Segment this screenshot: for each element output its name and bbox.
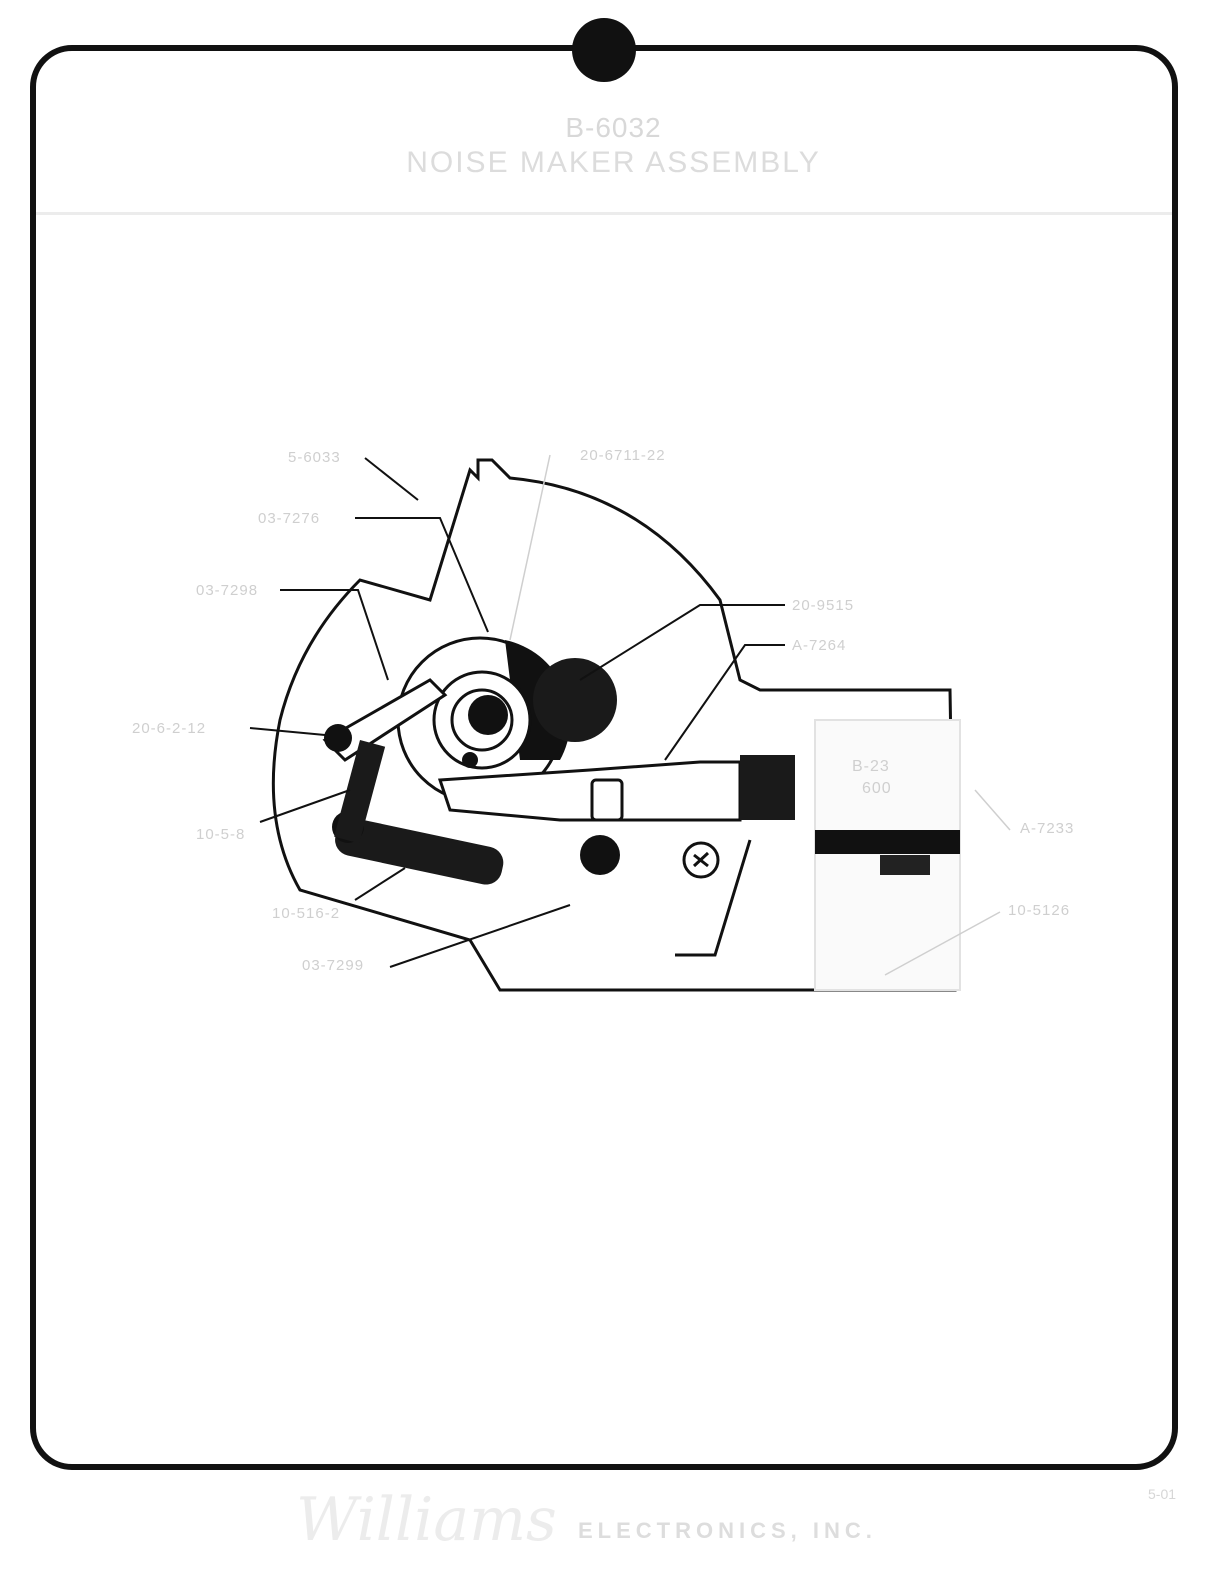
callout-label: A-7264	[792, 637, 846, 654]
gear-icon	[533, 658, 617, 742]
callout-label: A-7233	[1020, 820, 1074, 837]
callout-label: 03-7276	[258, 510, 320, 527]
brand-logo: Williams	[296, 1485, 557, 1555]
callout-label: 10-516-2	[272, 905, 340, 922]
callout-label: 20-6-2-12	[132, 720, 206, 737]
callout-label: 20-9515	[792, 597, 854, 614]
solenoid	[740, 755, 795, 820]
callout-label: 03-7298	[196, 582, 258, 599]
company-name: ELECTRONICS, INC.	[578, 1518, 877, 1544]
inset-label: B-23	[852, 758, 890, 776]
inset-label: 600	[862, 780, 892, 798]
page-number: 5-01	[1148, 1486, 1176, 1502]
callout-label: 10-5126	[1008, 902, 1070, 919]
callout-label: 5-6033	[288, 449, 341, 466]
callout-label: 03-7299	[302, 957, 364, 974]
assembly-drawing	[0, 0, 1227, 1586]
callout-label: 10-5-8	[196, 826, 245, 843]
callout-label: 20-6711-22	[580, 447, 666, 464]
